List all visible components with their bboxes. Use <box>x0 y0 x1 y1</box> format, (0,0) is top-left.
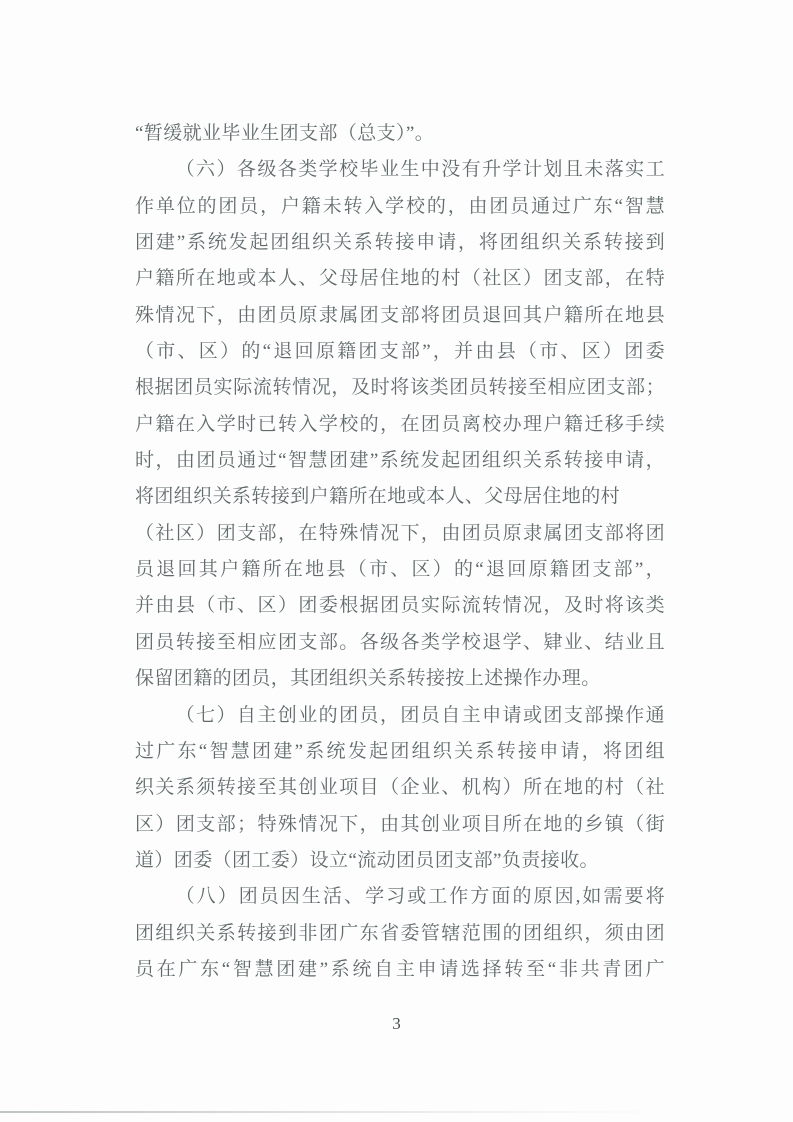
text-line: 时，由团员通过“智慧团建”系统发起团组织关系转接申请， <box>135 443 665 479</box>
text-line: 根据团员实际流转情况，及时将该类团员转接至相应团支部； <box>135 370 665 406</box>
text-line: 员退回其户籍所在地县（市、区）的“退回原籍团支部”， <box>135 552 665 588</box>
text-line: 织关系须转接至其创业项目（企业、机构）所在地的村（社 <box>135 770 665 806</box>
text-line: 作单位的团员，户籍未转入学校的，由团员通过广东“智慧 <box>135 189 665 225</box>
body-text: “暂缓就业毕业生团支部（总支）”。 （六）各级各类学校毕业生中没有升学计划且未落… <box>135 116 665 988</box>
text-line: （七）自主创业的团员，团员自主申请或团支部操作通 <box>135 698 665 734</box>
text-line: 将团组织关系转接到户籍所在地或本人、父母居住地的村 <box>135 479 665 515</box>
text-line: 员在广东“智慧团建”系统自主申请选择转至“非共青团广 <box>135 952 665 988</box>
text-line: （八）团员因生活、学习或工作方面的原因,如需要将 <box>135 879 665 915</box>
text-line: 道）团委（团工委）设立“流动团员团支部”负责接收。 <box>135 843 665 879</box>
text-line: 殊情况下，由团员原隶属团支部将团员退回其户籍所在地县 <box>135 298 665 334</box>
text-line: 区）团支部；特殊情况下，由其创业项目所在地的乡镇（街 <box>135 807 665 843</box>
text-line: 户籍所在地或本人、父母居住地的村（社区）团支部，在特 <box>135 261 665 297</box>
text-line: 团组织关系转接到非团广东省委管辖范围的团组织，须由团 <box>135 916 665 952</box>
text-line: 团员转接至相应团支部。各级各类学校退学、肄业、结业且 <box>135 625 665 661</box>
document-page: “暂缓就业毕业生团支部（总支）”。 （六）各级各类学校毕业生中没有升学计划且未落… <box>0 0 793 1122</box>
text-line: 保留团籍的团员，其团组织关系转接按上述操作办理。 <box>135 661 665 697</box>
page-number: 3 <box>0 1014 793 1034</box>
text-line: 户籍在入学时已转入学校的，在团员离校办理户籍迁移手续 <box>135 407 665 443</box>
text-line: 过广东“智慧团建”系统发起团组织关系转接申请，将团组 <box>135 734 665 770</box>
text-line: （市、区）的“退回原籍团支部”，并由县（市、区）团委 <box>135 334 665 370</box>
text-line: 并由县（市、区）团委根据团员实际流转情况，及时将该类 <box>135 588 665 624</box>
text-line: （社区）团支部，在特殊情况下，由团员原隶属团支部将团 <box>135 516 665 552</box>
scan-edge-artifact <box>0 1111 665 1113</box>
text-line: 团建”系统发起团组织关系转接申请，将团组织关系转接到 <box>135 225 665 261</box>
text-line: （六）各级各类学校毕业生中没有升学计划且未落实工 <box>135 152 665 188</box>
text-line: “暂缓就业毕业生团支部（总支）”。 <box>135 116 665 152</box>
